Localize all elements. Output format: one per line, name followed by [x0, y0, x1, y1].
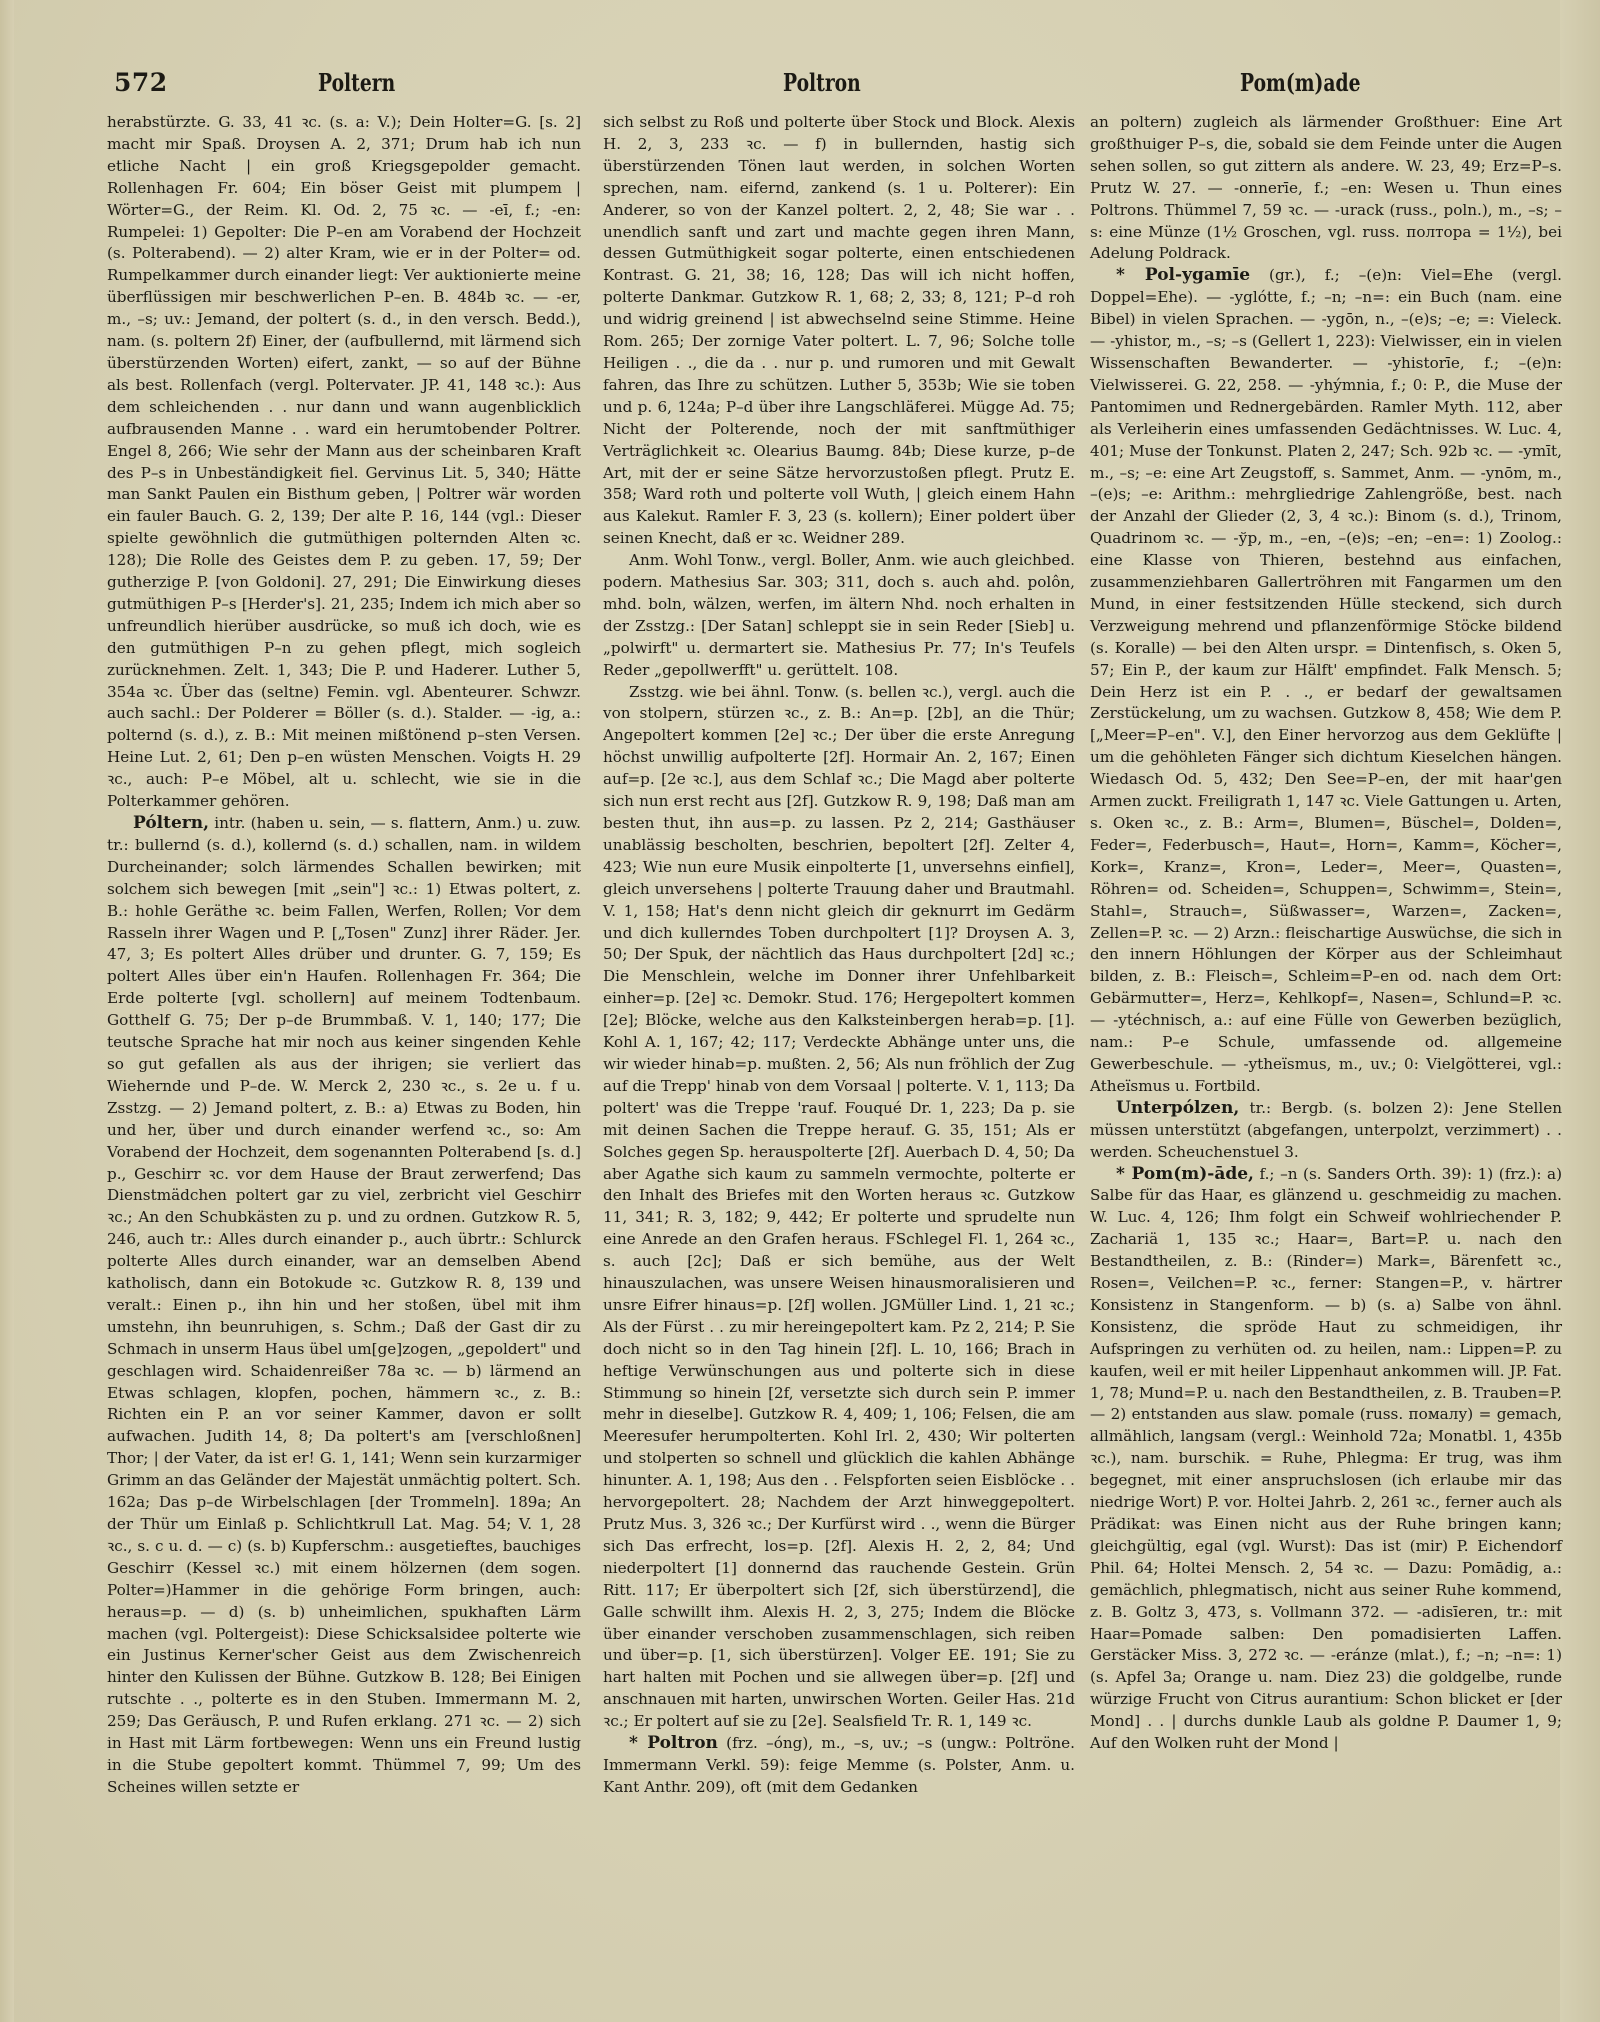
column-right: an poltern) zugleich als lärmender Großt… [1090, 112, 1562, 1755]
dictionary-entry: Unterpólzen, tr.: Bergb. (s. bolzen 2): … [1090, 1098, 1562, 1164]
entry-continuation: herabstürzte. G. 33, 41 ꝛc. (s. a: V.); … [107, 112, 581, 813]
entry-continuation: sich selbst zu Roß und polterte über Sto… [603, 112, 1075, 550]
page-edge-right [1560, 0, 1600, 2022]
page-edge-left [0, 0, 14, 2022]
entry-note: Anm. Wohl Tonw., vergl. Boller, Anm. wie… [603, 550, 1075, 681]
entry-text: herabstürzte. G. 33, 41 ꝛc. (s. a: V.); … [107, 113, 581, 810]
entry-text: Zsstzg. wie bei ähnl. Tonw. (s. bellen ꝛ… [603, 683, 1075, 1731]
dictionary-entry: Póltern, intr. (haben u. sein, — s. flat… [107, 813, 581, 1799]
running-header: 572 Poltern Poltron Pom(m)ade [0, 60, 1600, 100]
entry-text: sich selbst zu Roß und polterte über Sto… [603, 113, 1075, 547]
entry-compounds: Zsstzg. wie bei ähnl. Tonw. (s. bellen ꝛ… [603, 682, 1075, 1734]
entry-text: f.; –n (s. Sanders Orth. 39): 1) (frz.):… [1090, 1165, 1562, 1753]
guide-word-right: Pom(m)ade [1240, 68, 1361, 97]
headword: * Pol-ygamīe [1116, 265, 1250, 285]
entry-text: Anm. Wohl Tonw., vergl. Boller, Anm. wie… [603, 551, 1075, 679]
headword: Póltern, [133, 813, 209, 833]
headword: * Poltron [629, 1733, 718, 1753]
entry-continuation: an poltern) zugleich als lärmender Großt… [1090, 112, 1562, 265]
dictionary-entry: * Poltron (frz. –óng), m., –s, uv.; –s (… [603, 1733, 1075, 1799]
page-number: 572 [114, 68, 168, 97]
column-left: herabstürzte. G. 33, 41 ꝛc. (s. a: V.); … [107, 112, 581, 1799]
entry-text: an poltern) zugleich als lärmender Großt… [1090, 113, 1562, 262]
headword: * Pom(m)-āde, [1116, 1164, 1254, 1184]
guide-word-left: Poltern [318, 68, 395, 97]
dictionary-entry: * Pom(m)-āde, f.; –n (s. Sanders Orth. 3… [1090, 1164, 1562, 1755]
guide-word-center: Poltron [783, 68, 861, 97]
entry-text: intr. (haben u. sein, — s. flattern, Anm… [107, 814, 581, 1796]
headword: Unterpólzen, [1116, 1098, 1239, 1118]
column-middle: sich selbst zu Roß und polterte über Sto… [603, 112, 1075, 1799]
dictionary-entry: * Pol-ygamīe (gr.), f.; –(e)n: Viel=Ehe … [1090, 265, 1562, 1097]
entry-text: (gr.), f.; –(e)n: Viel=Ehe (vergl. Doppe… [1090, 266, 1562, 1095]
